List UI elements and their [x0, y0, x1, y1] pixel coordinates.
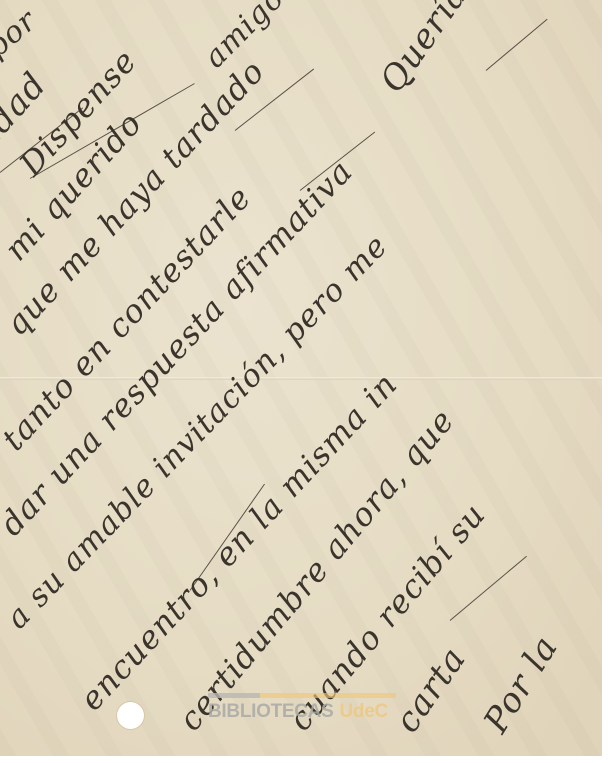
watermark-udec: UdeC — [339, 701, 387, 722]
watermark-bibliotecas: BIBLIOTECAS — [208, 701, 333, 722]
watermark-text: BIBLIOTECASUdeC — [208, 701, 388, 723]
punch-hole — [117, 702, 144, 729]
handwritten-line: carta — [387, 640, 474, 740]
watermark-bar-gray — [208, 693, 260, 698]
underline-stroke — [486, 19, 548, 71]
handwritten-line: Quería — [372, 0, 475, 100]
handwritten-line: por — [0, 3, 44, 65]
watermark-bar-gold — [260, 693, 396, 698]
handwritten-line: Por la — [476, 629, 566, 740]
letter-page: por idad Dispense amigo mi querido que m… — [0, 0, 602, 756]
scan-border — [0, 756, 612, 763]
underline-stroke — [450, 556, 527, 621]
watermark: BIBLIOTECASUdeC — [208, 692, 398, 728]
